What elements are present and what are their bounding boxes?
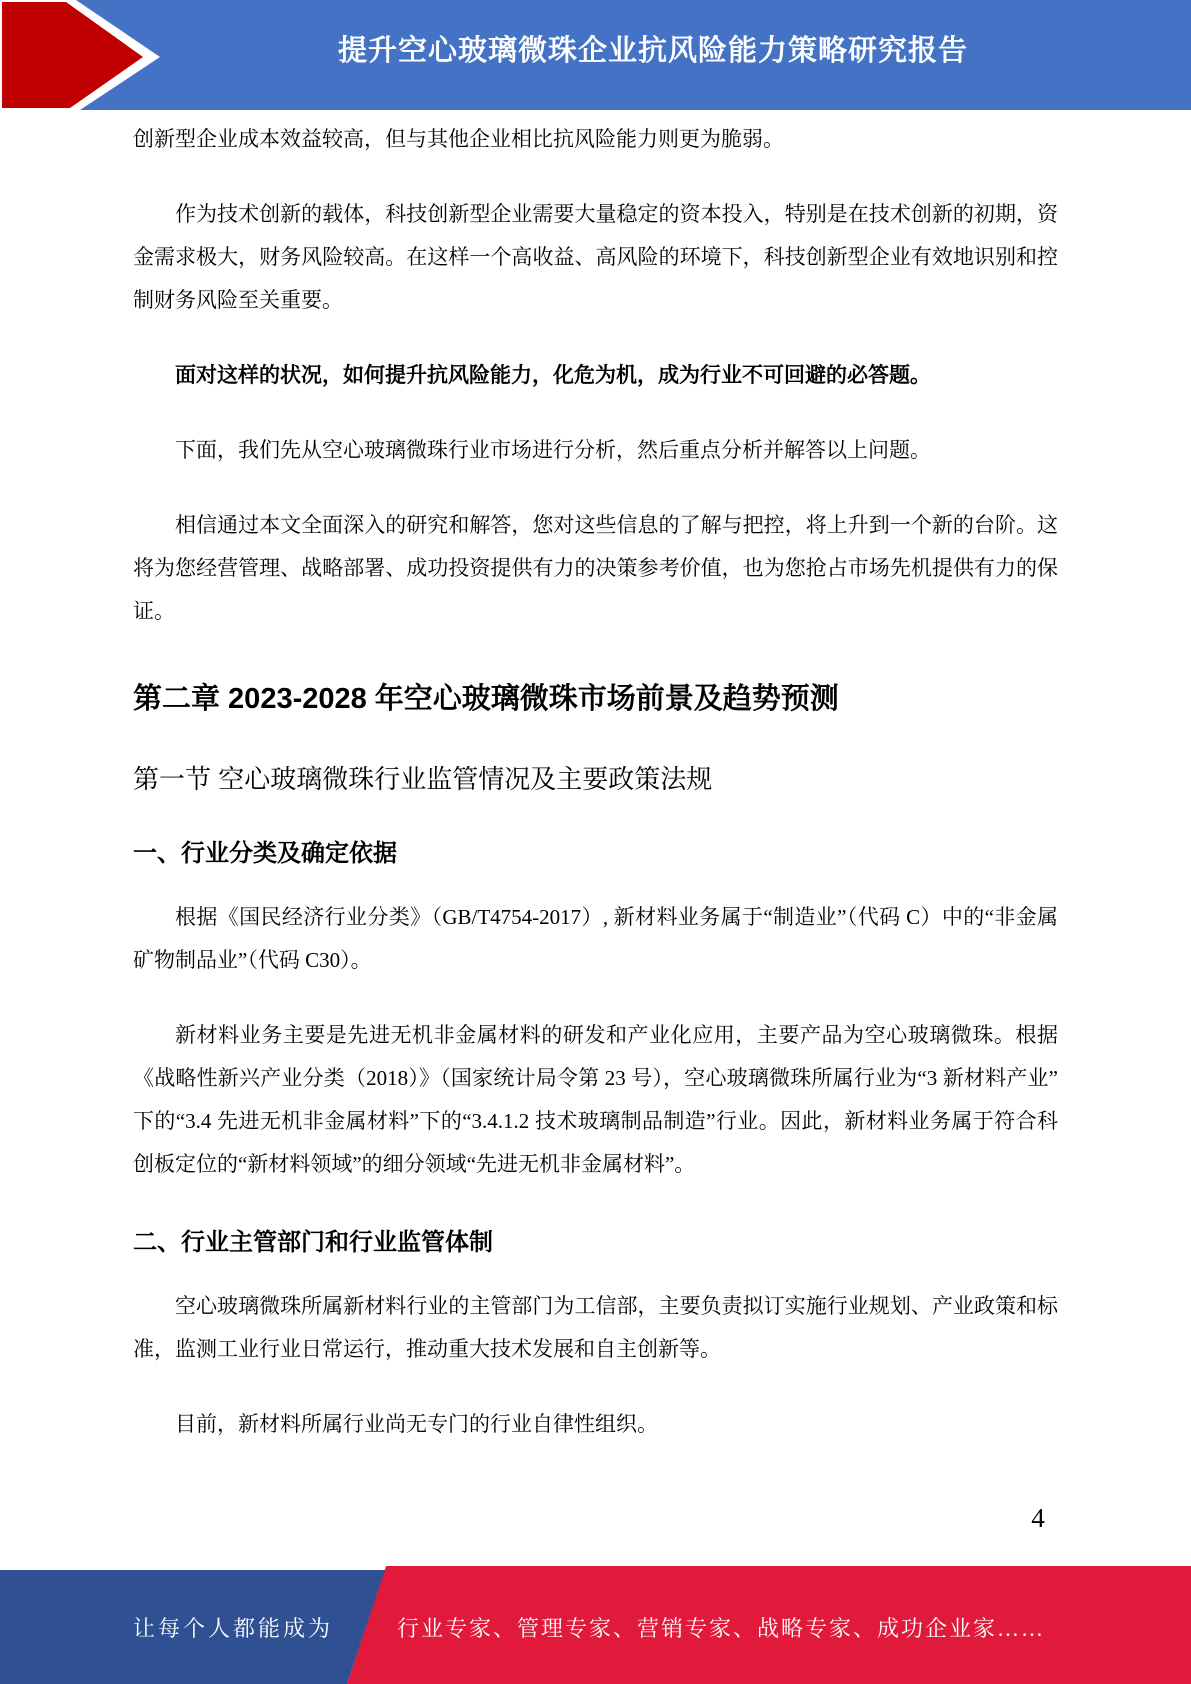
red-chevron-arrow-icon xyxy=(0,0,175,110)
section-heading: 第一节 空心玻璃微珠行业监管情况及主要政策法规 xyxy=(133,761,1058,797)
body-paragraph: 相信通过本文全面深入的研究和解答，您对这些信息的了解与把控，将上升到一个新的台阶… xyxy=(133,504,1058,633)
body-paragraph: 根据《国民经济行业分类》（GB/T4754-2017）, 新材料业务属于“制造业… xyxy=(133,896,1058,982)
chapter-heading: 第二章 2023-2028 年空心玻璃微珠市场前景及趋势预测 xyxy=(133,679,1058,719)
report-title: 提升空心玻璃微珠企业抗风险能力策略研究报告 xyxy=(175,0,1131,96)
page-number: 4 xyxy=(1014,1503,1062,1534)
document-body: 创新型企业成本效益较高，但与其他企业相比抗风险能力则更为脆弱。 作为技术创新的载… xyxy=(133,110,1058,1478)
body-paragraph: 创新型企业成本效益较高，但与其他企业相比抗风险能力则更为脆弱。 xyxy=(133,118,1058,161)
subsection-heading-2: 二、行业主管部门和行业监管体制 xyxy=(133,1226,1058,1259)
footer-slogan-right: 行业专家、管理专家、营销专家、战略专家、成功企业家…… xyxy=(397,1566,1191,1684)
body-paragraph: 目前，新材料所属行业尚无专门的行业自律性组织。 xyxy=(133,1403,1058,1446)
page-footer: 让每个人都能成为 行业专家、管理专家、营销专家、战略专家、成功企业家…… xyxy=(0,1566,1191,1684)
page-header: 提升空心玻璃微珠企业抗风险能力策略研究报告 xyxy=(0,0,1191,110)
body-paragraph: 新材料业务主要是先进无机非金属材料的研发和产业化应用，主要产品为空心玻璃微珠。根… xyxy=(133,1014,1058,1186)
body-paragraph: 作为技术创新的载体，科技创新型企业需要大量稳定的资本投入，特别是在技术创新的初期… xyxy=(133,193,1058,322)
footer-slogan-left: 让每个人都能成为 xyxy=(0,1566,333,1684)
subsection-heading-1: 一、行业分类及确定依据 xyxy=(133,837,1058,870)
report-page: 提升空心玻璃微珠企业抗风险能力策略研究报告 创新型企业成本效益较高，但与其他企业… xyxy=(0,0,1191,1684)
body-paragraph: 空心玻璃微珠所属新材料行业的主管部门为工信部，主要负责拟订实施行业规划、产业政策… xyxy=(133,1285,1058,1371)
bold-statement-paragraph: 面对这样的状况，如何提升抗风险能力，化危为机，成为行业不可回避的必答题。 xyxy=(133,354,1058,397)
body-paragraph: 下面，我们先从空心玻璃微珠行业市场进行分析，然后重点分析并解答以上问题。 xyxy=(133,429,1058,472)
